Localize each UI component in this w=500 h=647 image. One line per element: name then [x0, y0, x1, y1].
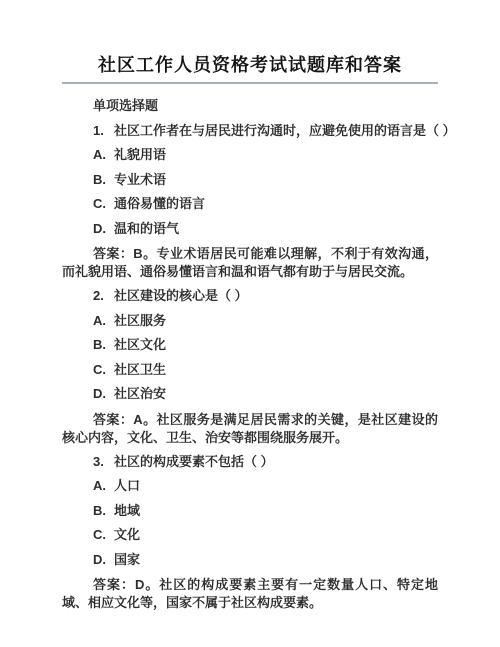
question-3-stem: 3.社区的构成要素不包括（ ） — [62, 454, 438, 469]
question-2-option-c: C.社区卫生 — [62, 362, 438, 377]
option-text: 人口 — [114, 478, 140, 493]
question-1-option-d: D.温和的语气 — [62, 221, 438, 236]
option-text: 社区服务 — [114, 313, 166, 328]
question-3-number: 3. — [93, 454, 114, 469]
question-3-option-d: D.国家 — [62, 552, 438, 567]
question-1-option-b: B.专业术语 — [62, 172, 438, 187]
option-label: B. — [93, 172, 114, 187]
option-label: C. — [93, 196, 114, 211]
question-2-option-b: B.社区文化 — [62, 337, 438, 352]
option-label: C. — [93, 527, 114, 542]
option-text: 社区治安 — [114, 386, 166, 401]
option-text: 专业术语 — [114, 172, 166, 187]
option-text: 地域 — [114, 503, 140, 518]
option-text: 社区文化 — [114, 337, 166, 352]
option-label: B. — [93, 337, 114, 352]
question-2-number: 2. — [93, 288, 114, 303]
title-divider — [62, 82, 438, 84]
question-3-option-c: C.文化 — [62, 527, 438, 542]
question-1-option-c: C.通俗易懂的语言 — [62, 196, 438, 211]
question-3-answer: 答案：D。社区的构成要素主要有一定数量人口、特定地域、相应文化等，国家不属于社区… — [62, 576, 438, 612]
question-3-option-b: B.地域 — [62, 503, 438, 518]
option-label: D. — [93, 552, 114, 567]
option-label: D. — [93, 386, 114, 401]
document-page: 社区工作人员资格考试试题库和答案 单项选择题 1.社区工作者在与居民进行沟通时，… — [0, 0, 500, 647]
option-label: A. — [93, 147, 114, 162]
question-2-answer: 答案：A。社区服务是满足居民需求的关键，是社区建设的核心内容，文化、卫生、治安等… — [62, 411, 438, 447]
option-text: 国家 — [114, 552, 140, 567]
section-heading: 单项选择题 — [62, 98, 438, 113]
option-text: 社区卫生 — [114, 362, 166, 377]
option-label: A. — [93, 478, 114, 493]
option-text: 礼貌用语 — [114, 147, 166, 162]
option-label: D. — [93, 221, 114, 236]
question-1-number: 1. — [93, 123, 114, 138]
question-3-text: 社区的构成要素不包括（ ） — [114, 454, 274, 469]
question-2-text: 社区建设的核心是（ ） — [114, 288, 248, 303]
question-1-answer: 答案：B。专业术语居民可能难以理解，不利于有效沟通，而礼貌用语、通俗易懂语言和温… — [62, 245, 438, 281]
page-title: 社区工作人员资格考试试题库和答案 — [62, 52, 438, 78]
option-label: C. — [93, 362, 114, 377]
option-text: 温和的语气 — [114, 221, 179, 236]
question-2-option-a: A.社区服务 — [62, 313, 438, 328]
option-label: B. — [93, 503, 114, 518]
option-text: 文化 — [114, 527, 140, 542]
question-3-option-a: A.人口 — [62, 478, 438, 493]
question-2-stem: 2.社区建设的核心是（ ） — [62, 288, 438, 303]
question-2-option-d: D.社区治安 — [62, 386, 438, 401]
question-1-stem: 1.社区工作者在与居民进行沟通时，应避免使用的语言是（ ） — [62, 123, 438, 138]
question-1-option-a: A.礼貌用语 — [62, 147, 438, 162]
option-label: A. — [93, 313, 114, 328]
option-text: 通俗易懂的语言 — [114, 196, 205, 211]
question-1-text: 社区工作者在与居民进行沟通时，应避免使用的语言是（ ） — [114, 123, 456, 138]
